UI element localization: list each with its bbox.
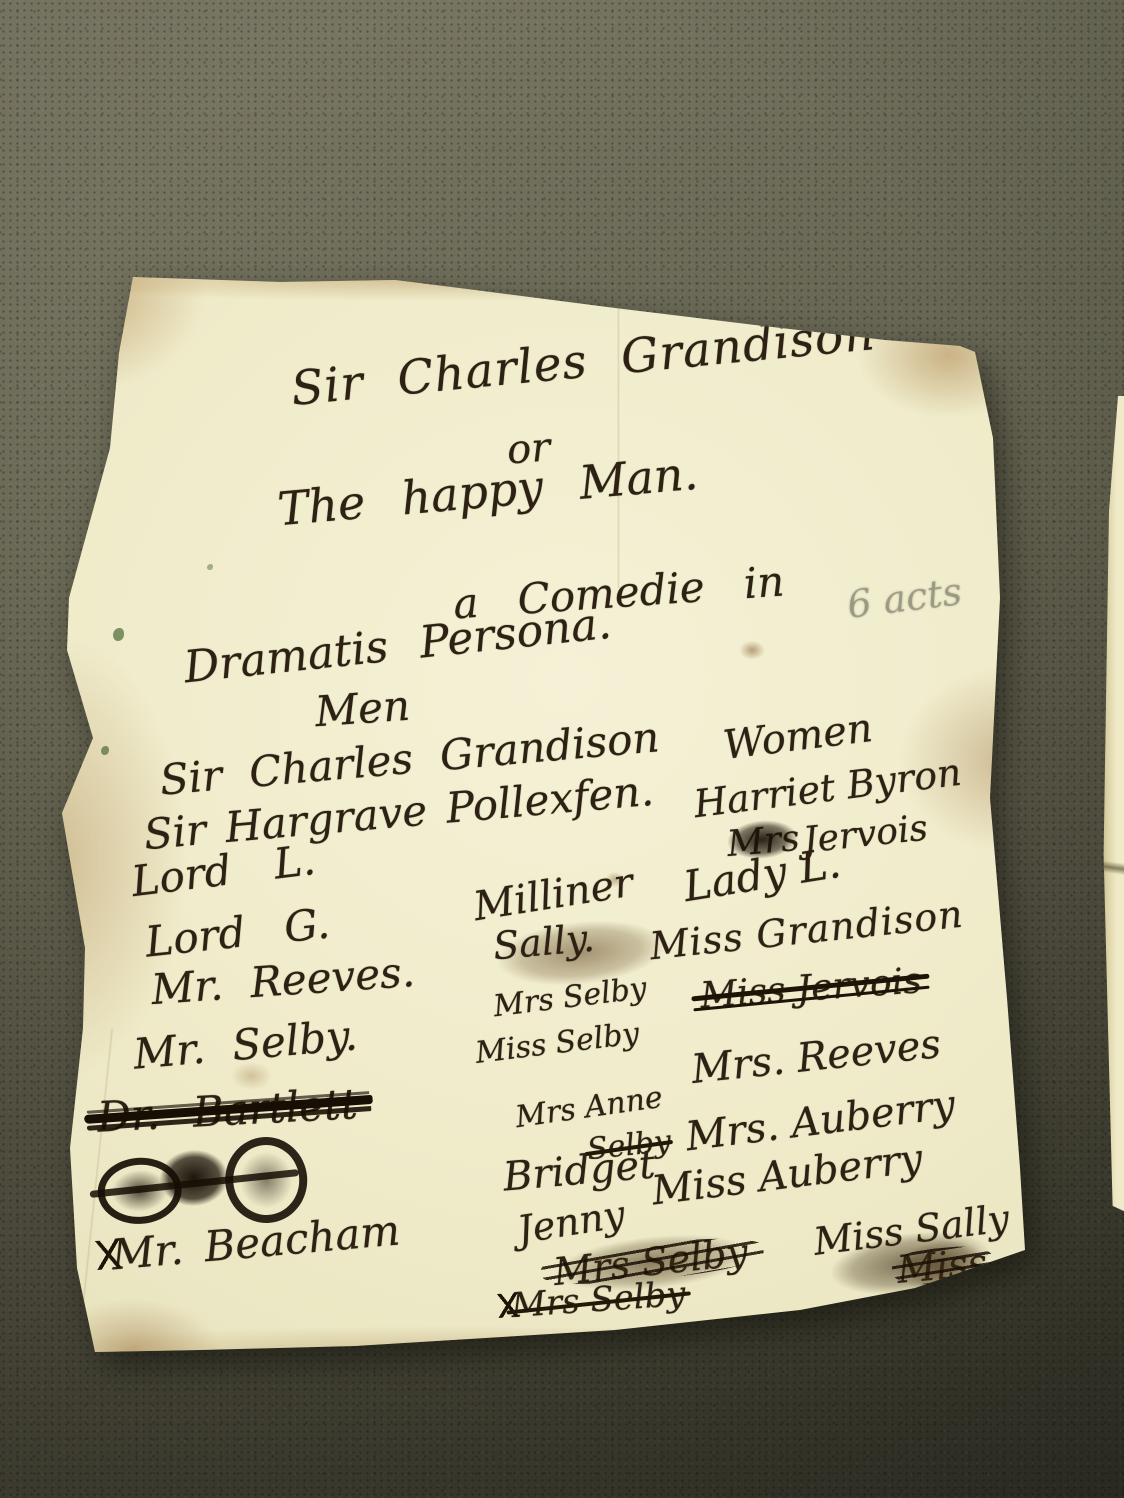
mould-speck xyxy=(101,746,109,755)
cast-servant-miss-selby: Miss Selby xyxy=(473,1016,641,1071)
title-line-2: The happy Man. xyxy=(275,446,700,537)
mould-speck xyxy=(113,628,124,641)
cast-woman-lady-l: Lady L. xyxy=(680,838,844,911)
cast-man-mr-selby: Mr. Selby. xyxy=(131,1010,359,1078)
cast-servant-bridget: Bridget xyxy=(501,1141,657,1200)
bottom-struck-name: Mrs Selby xyxy=(510,1274,687,1326)
cast-woman-miss-jervois-struck: Miss Jervois xyxy=(699,960,923,1016)
pencil-acts-note: 6 acts xyxy=(845,569,964,627)
cast-servant-sally: Sally. xyxy=(491,916,596,969)
vertical-crease xyxy=(617,268,620,588)
dramatis-persona-heading: Dramatis Persona. xyxy=(182,598,614,694)
men-column-heading: Men xyxy=(313,681,411,737)
inked-out-name-blob xyxy=(94,1129,295,1228)
title-line-1: Sir Charles Grandison xyxy=(289,306,878,417)
manuscript-leaf: Sir Charles Grandison or The happy Man. … xyxy=(55,268,1037,1360)
women-column-heading: Women xyxy=(721,705,875,769)
cast-man-dr-bartlett-struck: Dr. Bartlett xyxy=(96,1079,359,1142)
photograph-of-manuscript: Sir Charles Grandison or The happy Man. … xyxy=(0,0,1124,1498)
mould-speck xyxy=(207,564,213,570)
cast-woman-mrs-reeves: Mrs. Reeves xyxy=(689,1021,943,1093)
scribbled-name-right: Miss xyxy=(895,1240,989,1292)
manuscript-leaf-wrap: Sir Charles Grandison or The happy Man. … xyxy=(0,0,1124,1498)
